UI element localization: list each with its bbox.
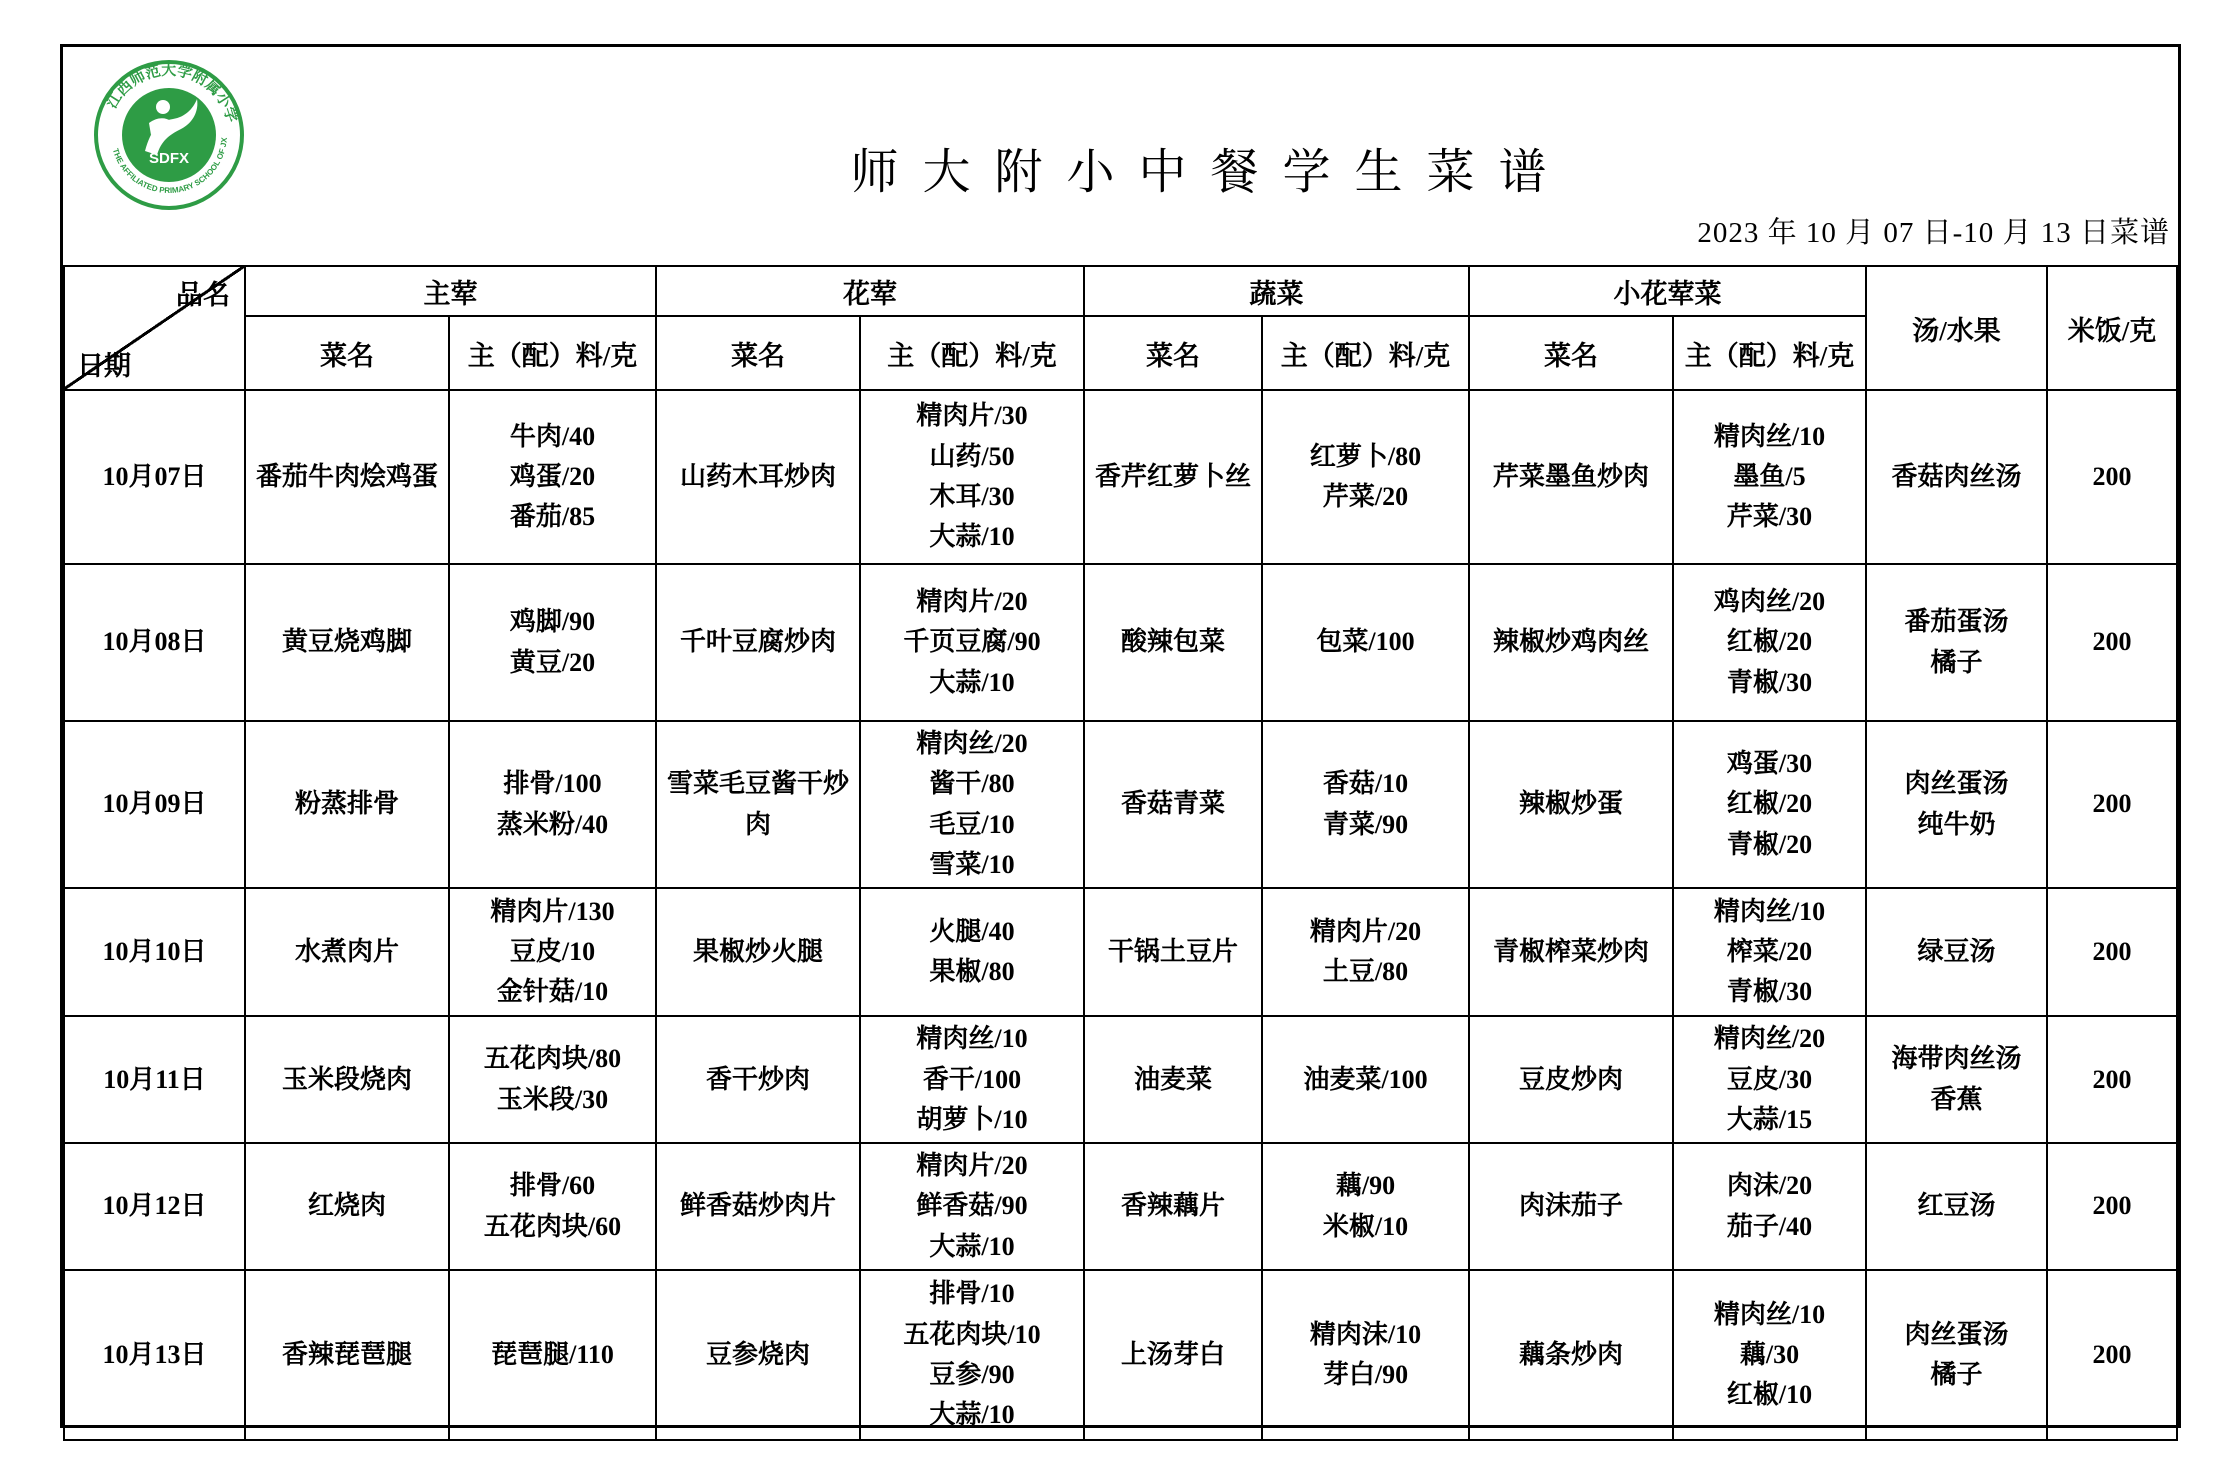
menu-row: 10月08日黄豆烧鸡脚鸡脚/90 黄豆/20千叶豆腐炒肉精肉片/20 千页豆腐/…	[64, 564, 2177, 721]
cell-small-ingredients: 鸡蛋/30 红椒/20 青椒/20	[1673, 721, 1866, 888]
corner-label-item: 品名	[176, 273, 230, 312]
cell-soup-fruit: 绿豆汤	[1866, 888, 2047, 1016]
cell-main-ingredients: 鸡脚/90 黄豆/20	[449, 564, 656, 721]
cell-main-dish-name: 香辣琵琶腿	[245, 1270, 449, 1440]
cell-second-ingredients: 排骨/10 五花肉块/10 豆参/90 大蒜/10	[860, 1270, 1084, 1440]
cell-small-dish-name: 肉沫茄子	[1469, 1143, 1673, 1270]
col-group-vegetable: 蔬菜	[1084, 266, 1469, 316]
cell-date: 10月09日	[64, 721, 245, 888]
col-group-main-meat: 主荤	[245, 266, 656, 316]
cell-main-dish-name: 黄豆烧鸡脚	[245, 564, 449, 721]
cell-veg-ingredients: 红萝卜/80 芹菜/20	[1262, 390, 1469, 564]
subheader-second-ingredients: 主（配）料/克	[860, 316, 1084, 390]
cell-rice: 200	[2047, 721, 2177, 888]
cell-main-dish-name: 粉蒸排骨	[245, 721, 449, 888]
cell-rice: 200	[2047, 1016, 2177, 1143]
cell-main-dish-name: 水煮肉片	[245, 888, 449, 1016]
cell-soup-fruit: 肉丝蛋汤 橘子	[1866, 1270, 2047, 1440]
document-border: 江西师范大学附属小学 THE AFFILIATED PRIMARY SCHOOL…	[60, 44, 2181, 1428]
cell-second-dish-name: 香干炒肉	[656, 1016, 860, 1143]
cell-main-dish-name: 番茄牛肉烩鸡蛋	[245, 390, 449, 564]
cell-veg-dish-name: 油麦菜	[1084, 1016, 1262, 1143]
cell-veg-dish-name: 上汤芽白	[1084, 1270, 1262, 1440]
cell-second-ingredients: 精肉片/20 鲜香菇/90 大蒜/10	[860, 1143, 1084, 1270]
page-title: 师大附小中餐学生菜谱	[153, 133, 2237, 202]
cell-veg-ingredients: 包菜/100	[1262, 564, 1469, 721]
cell-second-dish-name: 鲜香菇炒肉片	[656, 1143, 860, 1270]
cell-small-ingredients: 精肉丝/10 墨鱼/5 芹菜/30	[1673, 390, 1866, 564]
menu-row: 10月13日香辣琵琶腿琵琶腿/110豆参烧肉排骨/10 五花肉块/10 豆参/9…	[64, 1270, 2177, 1440]
document-header: 江西师范大学附属小学 THE AFFILIATED PRIMARY SCHOOL…	[63, 47, 2178, 265]
col-header-soup-fruit: 汤/水果	[1866, 266, 2047, 390]
cell-date: 10月08日	[64, 564, 245, 721]
cell-small-dish-name: 辣椒炒鸡肉丝	[1469, 564, 1673, 721]
cell-second-ingredients: 精肉丝/20 酱干/80 毛豆/10 雪菜/10	[860, 721, 1084, 888]
subheader-small-ingredients: 主（配）料/克	[1673, 316, 1866, 390]
cell-small-ingredients: 精肉丝/20 豆皮/30 大蒜/15	[1673, 1016, 1866, 1143]
cell-rice: 200	[2047, 1143, 2177, 1270]
cell-main-dish-name: 红烧肉	[245, 1143, 449, 1270]
cell-date: 10月11日	[64, 1016, 245, 1143]
cell-second-ingredients: 精肉丝/10 香干/100 胡萝卜/10	[860, 1016, 1084, 1143]
cell-rice: 200	[2047, 564, 2177, 721]
cell-veg-dish-name: 干锅土豆片	[1084, 888, 1262, 1016]
cell-small-dish-name: 芹菜墨鱼炒肉	[1469, 390, 1673, 564]
cell-soup-fruit: 香菇肉丝汤	[1866, 390, 2047, 564]
corner-cell: 品名 日期	[64, 266, 245, 390]
cell-second-ingredients: 精肉片/20 千页豆腐/90 大蒜/10	[860, 564, 1084, 721]
cell-small-dish-name: 豆皮炒肉	[1469, 1016, 1673, 1143]
cell-second-ingredients: 火腿/40 果椒/80	[860, 888, 1084, 1016]
cell-date: 10月13日	[64, 1270, 245, 1440]
cell-small-dish-name: 辣椒炒蛋	[1469, 721, 1673, 888]
cell-main-ingredients: 五花肉块/80 玉米段/30	[449, 1016, 656, 1143]
cell-rice: 200	[2047, 888, 2177, 1016]
cell-main-ingredients: 精肉片/130 豆皮/10 金针菇/10	[449, 888, 656, 1016]
page: 江西师范大学附属小学 THE AFFILIATED PRIMARY SCHOOL…	[0, 0, 2237, 1459]
cell-small-ingredients: 肉沫/20 茄子/40	[1673, 1143, 1866, 1270]
subheader-main-dish-name: 菜名	[245, 316, 449, 390]
cell-soup-fruit: 红豆汤	[1866, 1143, 2047, 1270]
cell-main-ingredients: 排骨/60 五花肉块/60	[449, 1143, 656, 1270]
subheader-veg-dish-name: 菜名	[1084, 316, 1262, 390]
col-group-small-dish: 小花荤菜	[1469, 266, 1866, 316]
cell-veg-ingredients: 油麦菜/100	[1262, 1016, 1469, 1143]
cell-veg-ingredients: 精肉片/20 土豆/80	[1262, 888, 1469, 1016]
cell-rice: 200	[2047, 1270, 2177, 1440]
menu-table: 品名 日期 主荤 花荤 蔬菜 小花荤菜 汤/水果 米饭/克 菜名 主（配）料/克…	[63, 265, 2178, 1441]
cell-veg-ingredients: 精肉沫/10 芽白/90	[1262, 1270, 1469, 1440]
menu-row: 10月11日玉米段烧肉五花肉块/80 玉米段/30香干炒肉精肉丝/10 香干/1…	[64, 1016, 2177, 1143]
subheader-main-ingredients: 主（配）料/克	[449, 316, 656, 390]
cell-small-dish-name: 藕条炒肉	[1469, 1270, 1673, 1440]
cell-date: 10月12日	[64, 1143, 245, 1270]
cell-second-dish-name: 山药木耳炒肉	[656, 390, 860, 564]
cell-veg-dish-name: 香菇青菜	[1084, 721, 1262, 888]
cell-small-dish-name: 青椒榨菜炒肉	[1469, 888, 1673, 1016]
cell-soup-fruit: 番茄蛋汤 橘子	[1866, 564, 2047, 721]
menu-row: 10月09日粉蒸排骨排骨/100 蒸米粉/40雪菜毛豆酱干炒肉精肉丝/20 酱干…	[64, 721, 2177, 888]
corner-label-date: 日期	[77, 344, 131, 383]
menu-row: 10月10日水煮肉片精肉片/130 豆皮/10 金针菇/10果椒炒火腿火腿/40…	[64, 888, 2177, 1016]
cell-veg-ingredients: 香菇/10 青菜/90	[1262, 721, 1469, 888]
cell-main-ingredients: 牛肉/40 鸡蛋/20 番茄/85	[449, 390, 656, 564]
cell-veg-dish-name: 香辣藕片	[1084, 1143, 1262, 1270]
cell-veg-dish-name: 香芹红萝卜丝	[1084, 390, 1262, 564]
cell-main-ingredients: 排骨/100 蒸米粉/40	[449, 721, 656, 888]
cell-small-ingredients: 精肉丝/10 榨菜/20 青椒/30	[1673, 888, 1866, 1016]
cell-veg-ingredients: 藕/90 米椒/10	[1262, 1143, 1469, 1270]
cell-main-dish-name: 玉米段烧肉	[245, 1016, 449, 1143]
cell-date: 10月10日	[64, 888, 245, 1016]
cell-soup-fruit: 海带肉丝汤 香蕉	[1866, 1016, 2047, 1143]
cell-small-ingredients: 精肉丝/10 藕/30 红椒/10	[1673, 1270, 1866, 1440]
col-group-second-meat: 花荤	[656, 266, 1084, 316]
cell-second-dish-name: 果椒炒火腿	[656, 888, 860, 1016]
col-header-rice: 米饭/克	[2047, 266, 2177, 390]
menu-row: 10月07日番茄牛肉烩鸡蛋牛肉/40 鸡蛋/20 番茄/85山药木耳炒肉精肉片/…	[64, 390, 2177, 564]
date-range: 2023 年 10 月 07 日-10 月 13 日菜谱	[1697, 210, 2170, 251]
cell-second-dish-name: 千叶豆腐炒肉	[656, 564, 860, 721]
subheader-second-dish-name: 菜名	[656, 316, 860, 390]
cell-main-ingredients: 琵琶腿/110	[449, 1270, 656, 1440]
cell-small-ingredients: 鸡肉丝/20 红椒/20 青椒/30	[1673, 564, 1866, 721]
cell-veg-dish-name: 酸辣包菜	[1084, 564, 1262, 721]
cell-second-dish-name: 豆参烧肉	[656, 1270, 860, 1440]
cell-second-ingredients: 精肉片/30 山药/50 木耳/30 大蒜/10	[860, 390, 1084, 564]
menu-table-body: 10月07日番茄牛肉烩鸡蛋牛肉/40 鸡蛋/20 番茄/85山药木耳炒肉精肉片/…	[64, 390, 2177, 1440]
cell-rice: 200	[2047, 390, 2177, 564]
menu-row: 10月12日红烧肉排骨/60 五花肉块/60鲜香菇炒肉片精肉片/20 鲜香菇/9…	[64, 1143, 2177, 1270]
cell-soup-fruit: 肉丝蛋汤 纯牛奶	[1866, 721, 2047, 888]
subheader-small-dish-name: 菜名	[1469, 316, 1673, 390]
cell-date: 10月07日	[64, 390, 245, 564]
cell-second-dish-name: 雪菜毛豆酱干炒肉	[656, 721, 860, 888]
subheader-veg-ingredients: 主（配）料/克	[1262, 316, 1469, 390]
